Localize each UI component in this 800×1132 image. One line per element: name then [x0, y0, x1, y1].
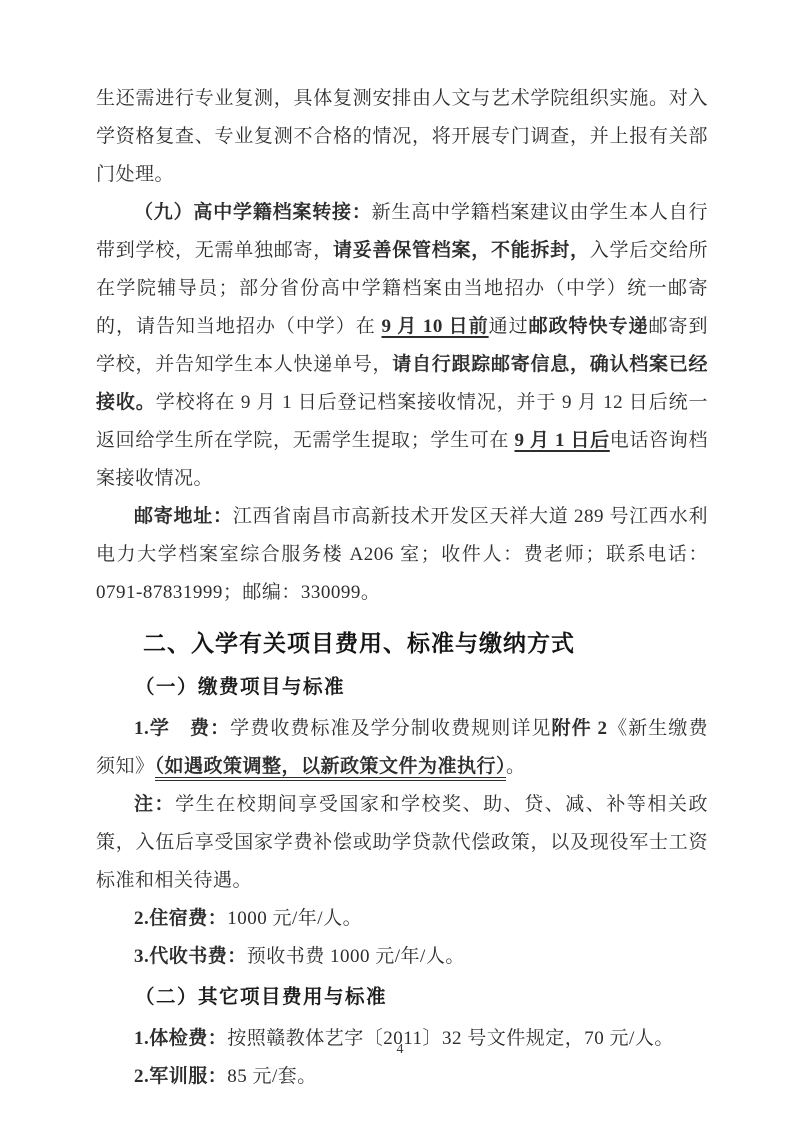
- bold-text: 二、入学有关项目费用、标准与缴纳方式: [143, 630, 575, 656]
- bold-text: 注：: [134, 794, 175, 815]
- page-number: 4: [0, 1042, 800, 1058]
- bold-text: （九）高中学籍档案转接：: [134, 202, 372, 223]
- paragraph: 注：学生在校期间享受国家和学校奖、助、贷、减、补等相关政策，入伍后享受国家学费补…: [96, 786, 708, 900]
- paragraph: （九）高中学籍档案转接：新生高中学籍档案建议由学生本人自行带到学校，无需单独邮寄…: [96, 194, 708, 498]
- text-run: 85 元/套。: [227, 1066, 317, 1087]
- paragraph: 3.代收书费：预收书费 1000 元/年/人。: [96, 938, 708, 976]
- text-run: 学生在校期间享受国家和学校奖、助、贷、减、补等相关政策，入伍后享受国家学费补偿或…: [96, 794, 708, 891]
- bold-text: （二）其它项目费用与标准: [135, 987, 387, 1008]
- underlined-emphasis-text: （如遇政策调整，以新政策文件为准执行）: [155, 756, 507, 781]
- underlined-emphasis-text: 9 月 10 日前: [381, 316, 488, 337]
- bold-text: 1.学 费：: [134, 718, 230, 739]
- bold-text: 附件 2: [552, 718, 608, 739]
- content: 生还需进行专业复测，具体复测安排由人文与艺术学院组织实施。对入学资格复查、专业复…: [96, 80, 708, 1096]
- paragraph: 生还需进行专业复测，具体复测安排由人文与艺术学院组织实施。对入学资格复查、专业复…: [96, 80, 708, 194]
- paragraph: 2.住宿费：1000 元/年/人。: [96, 900, 708, 938]
- bold-text: 3.代收书费：: [134, 946, 247, 967]
- section-heading: 二、入学有关项目费用、标准与缴纳方式: [96, 620, 708, 666]
- bold-text: 请妥善保管档案，不能拆封，: [333, 240, 590, 261]
- text-run: 通过: [489, 316, 529, 337]
- text-run: 。: [506, 756, 526, 777]
- bold-text: 邮寄地址：: [134, 506, 233, 527]
- subsection-heading: （二）其它项目费用与标准: [96, 976, 708, 1020]
- underlined-emphasis-text: 9 月 1 日后: [515, 430, 610, 451]
- text-run: 1000 元/年/人。: [227, 908, 362, 929]
- subsection-heading: （一）缴费项目与标准: [96, 666, 708, 710]
- document-page: 生还需进行专业复测，具体复测安排由人文与艺术学院组织实施。对入学资格复查、专业复…: [0, 0, 800, 1132]
- bold-text: 2.军训服：: [134, 1066, 227, 1087]
- paragraph: 1.学 费：学费收费标准及学分制收费规则详见附件 2《新生缴费须知》（如遇政策调…: [96, 710, 708, 786]
- bold-text: 邮政特快专递: [529, 316, 649, 337]
- text-run: 生还需进行专业复测，具体复测安排由人文与艺术学院组织实施。对入学资格复查、专业复…: [96, 88, 708, 185]
- bold-text: 2.住宿费：: [134, 908, 227, 929]
- paragraph: 2.军训服：85 元/套。: [96, 1058, 708, 1096]
- bold-text: （一）缴费项目与标准: [135, 677, 345, 698]
- paragraph: 邮寄地址：江西省南昌市高新技术开发区天祥大道 289 号江西水利电力大学档案室综…: [96, 498, 708, 612]
- text-run: 学费收费标准及学分制收费规则详见: [230, 718, 551, 739]
- text-run: 预收书费 1000 元/年/人。: [247, 946, 465, 967]
